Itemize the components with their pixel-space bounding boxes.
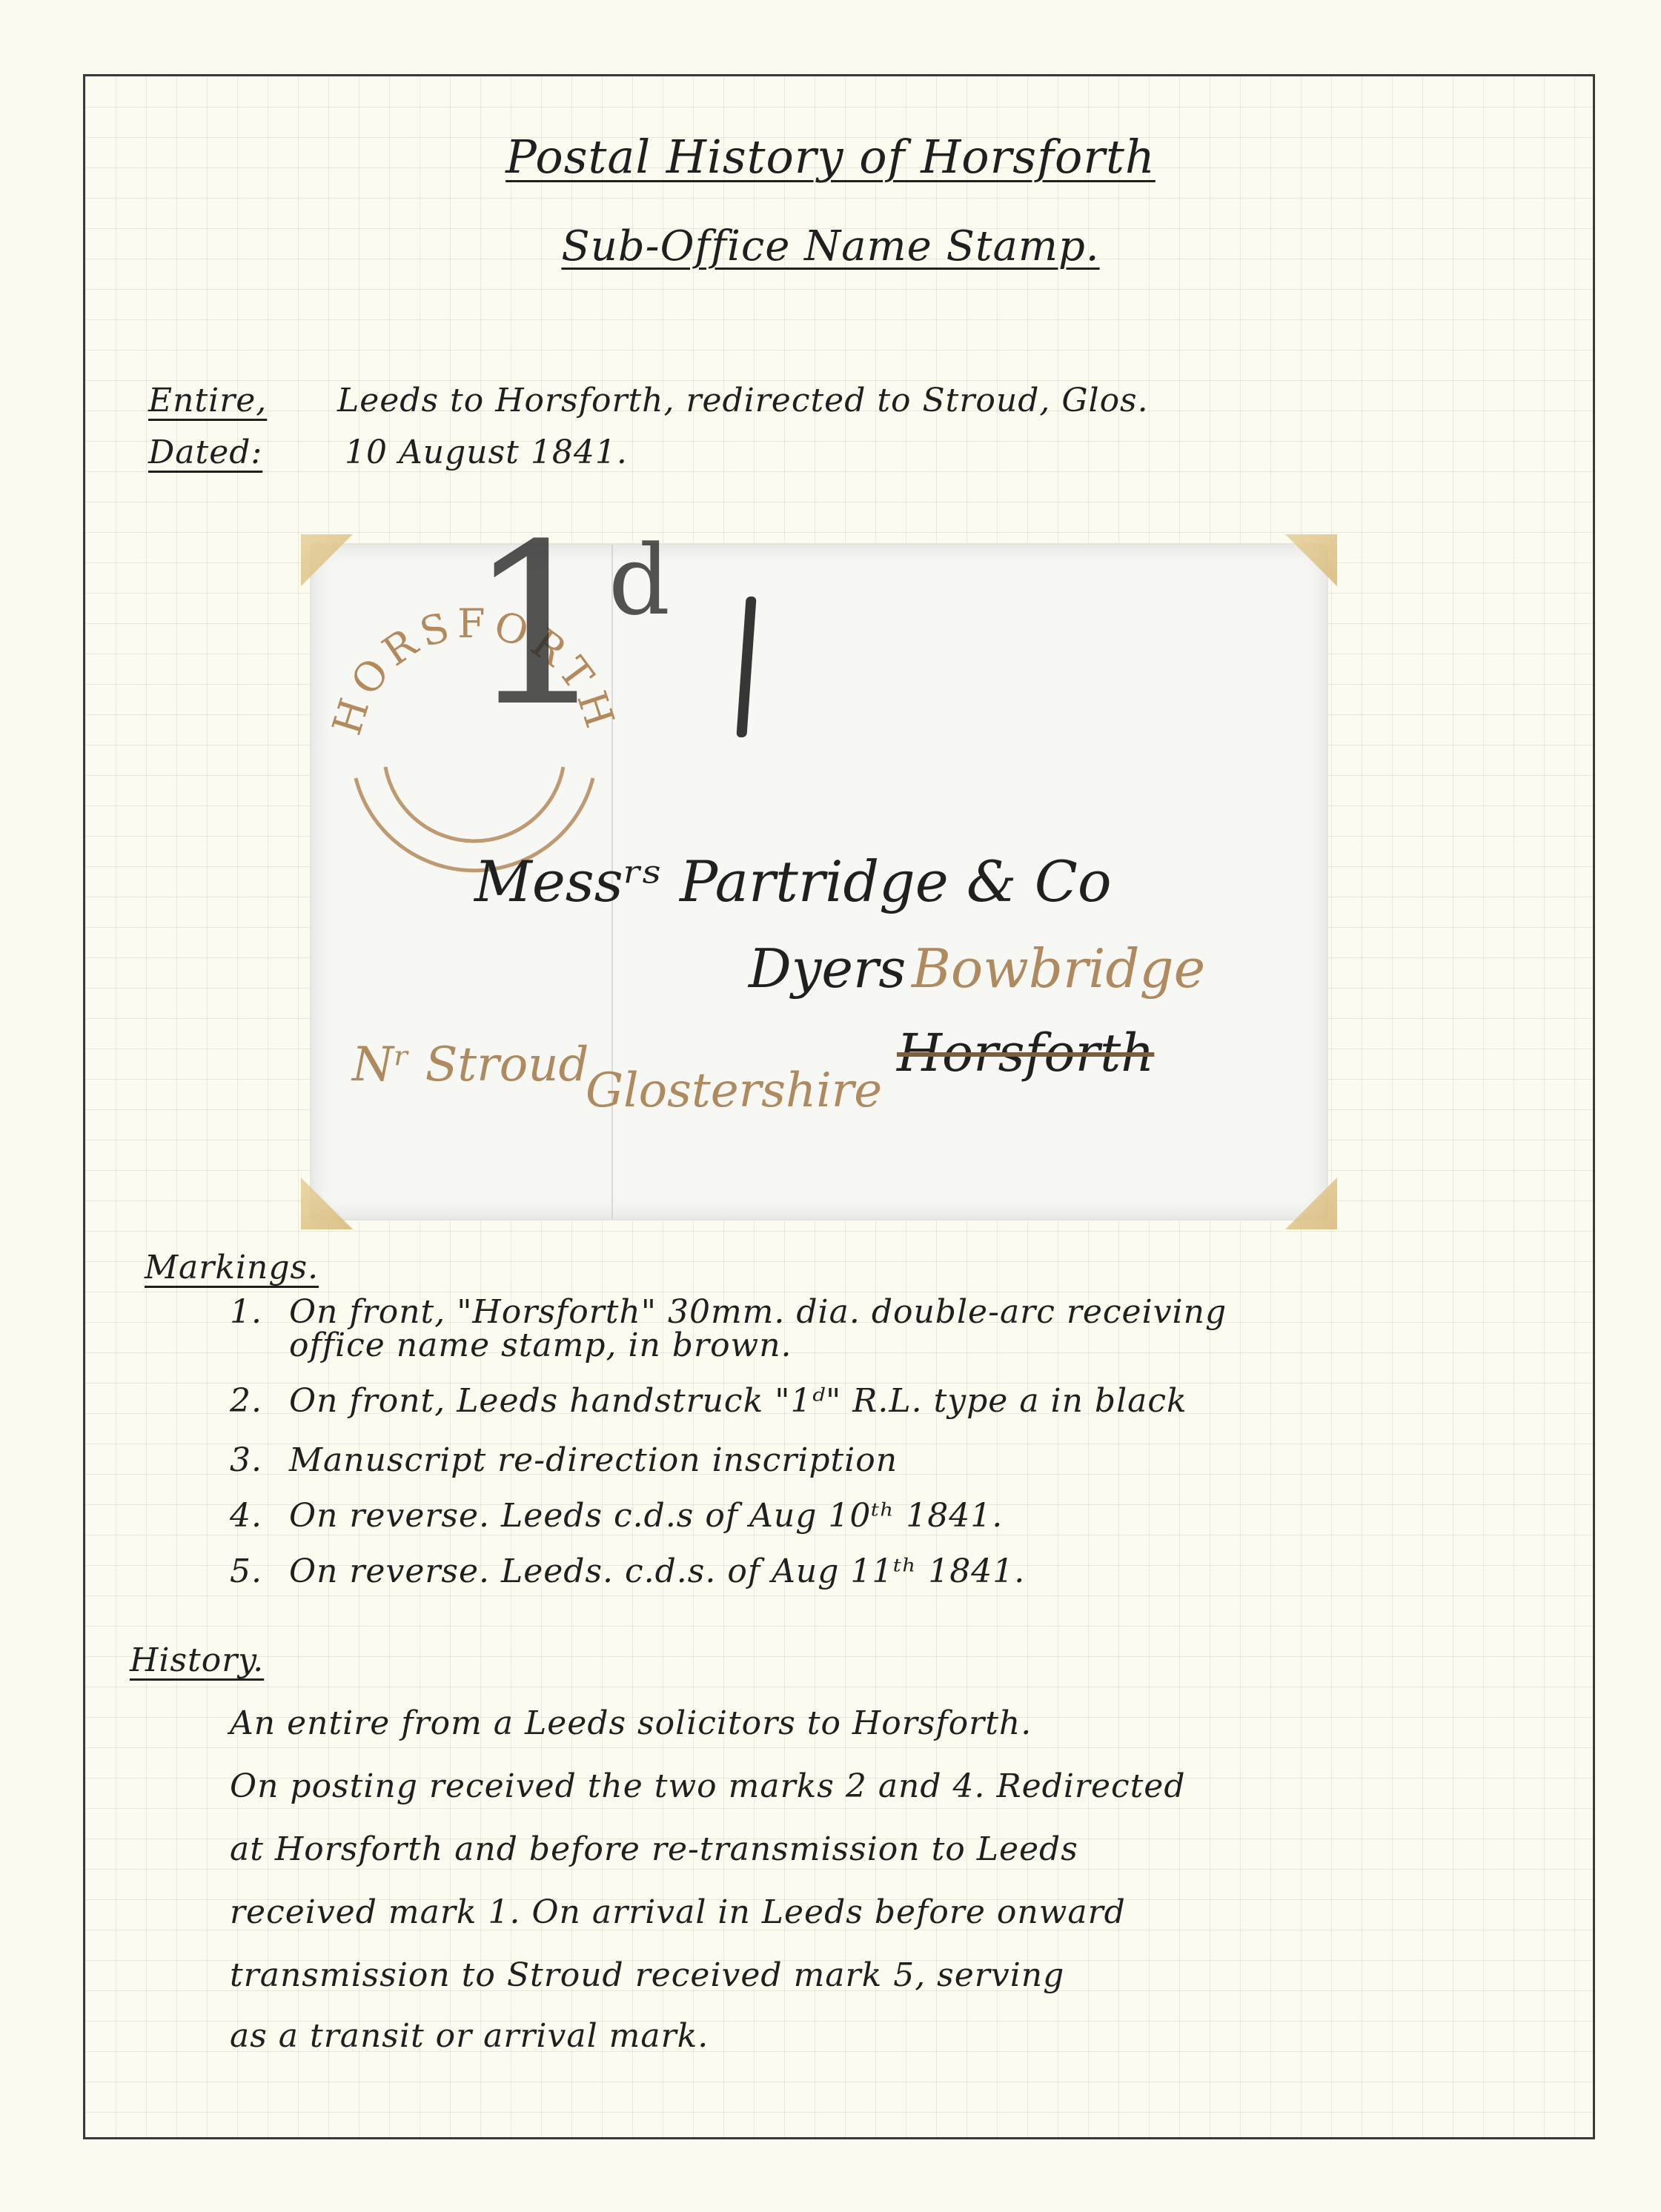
address-line-2-bowbridge: Bowbridge	[912, 937, 1205, 1000]
marking-3-line-1: Manuscript re-direction inscription	[289, 1441, 898, 1479]
mount-corner	[1285, 534, 1337, 586]
entire-description: Leeds to Horsforth, redirected to Stroud…	[337, 382, 1149, 419]
page-subtitle: Sub-Office Name Stamp.	[0, 222, 1661, 270]
entire-label: Entire,	[148, 382, 267, 419]
marking-4-number: 4.	[230, 1497, 262, 1535]
handstruck-1d-mark: 1d	[467, 515, 670, 737]
redirect-line-1: Nʳ Stroud	[352, 1037, 589, 1092]
marking-1-line-1: On front, "Horsforth" 30mm. dia. double-…	[289, 1293, 1227, 1331]
address-line-1: Messʳˢ Partridge & Co	[474, 848, 1112, 914]
dated-label: Dated:	[148, 434, 262, 471]
history-line-3: at Horsforth and before re-transmission …	[230, 1830, 1078, 1868]
mount-corner	[1285, 1178, 1337, 1229]
history-line-5: transmission to Stroud received mark 5, …	[230, 1956, 1064, 1994]
marking-3-number: 3.	[230, 1441, 262, 1479]
page-title: Postal History of Horsforth	[0, 130, 1661, 184]
marking-1-number: 1.	[230, 1293, 262, 1331]
redirect-line-2: Glostershire	[586, 1063, 882, 1118]
address-line-3-struck-out: Horsforth	[897, 1023, 1154, 1083]
marking-4-line-1: On reverse. Leeds c.d.s of Aug 10ᵗʰ 1841…	[289, 1497, 1003, 1535]
history-line-1: An entire from a Leeds solicitors to Hor…	[230, 1704, 1032, 1742]
history-line-2: On posting received the two marks 2 and …	[230, 1767, 1186, 1805]
marking-5-number: 5.	[230, 1552, 262, 1590]
marking-2-line-1: On front, Leeds handstruck "1ᵈ" R.L. typ…	[289, 1382, 1187, 1420]
handstruck-bar-mark	[736, 597, 756, 737]
dated-value: 10 August 1841.	[345, 434, 628, 471]
marking-5-line-1: On reverse. Leeds. c.d.s. of Aug 11ᵗʰ 18…	[289, 1552, 1025, 1590]
markings-heading: Markings.	[145, 1249, 319, 1286]
postal-cover-image: HORSFORTH 1d Messʳˢ Partridge & Co Dyers…	[311, 545, 1327, 1219]
address-line-2-dyers: Dyers	[749, 937, 906, 1000]
history-line-4: received mark 1. On arrival in Leeds bef…	[230, 1893, 1126, 1931]
marking-2-number: 2.	[230, 1382, 262, 1420]
history-heading: History.	[130, 1641, 264, 1679]
marking-1-line-2: office name stamp, in brown.	[289, 1326, 792, 1364]
history-line-6: as a transit or arrival mark.	[230, 2017, 709, 2055]
mount-corner	[301, 1178, 353, 1229]
